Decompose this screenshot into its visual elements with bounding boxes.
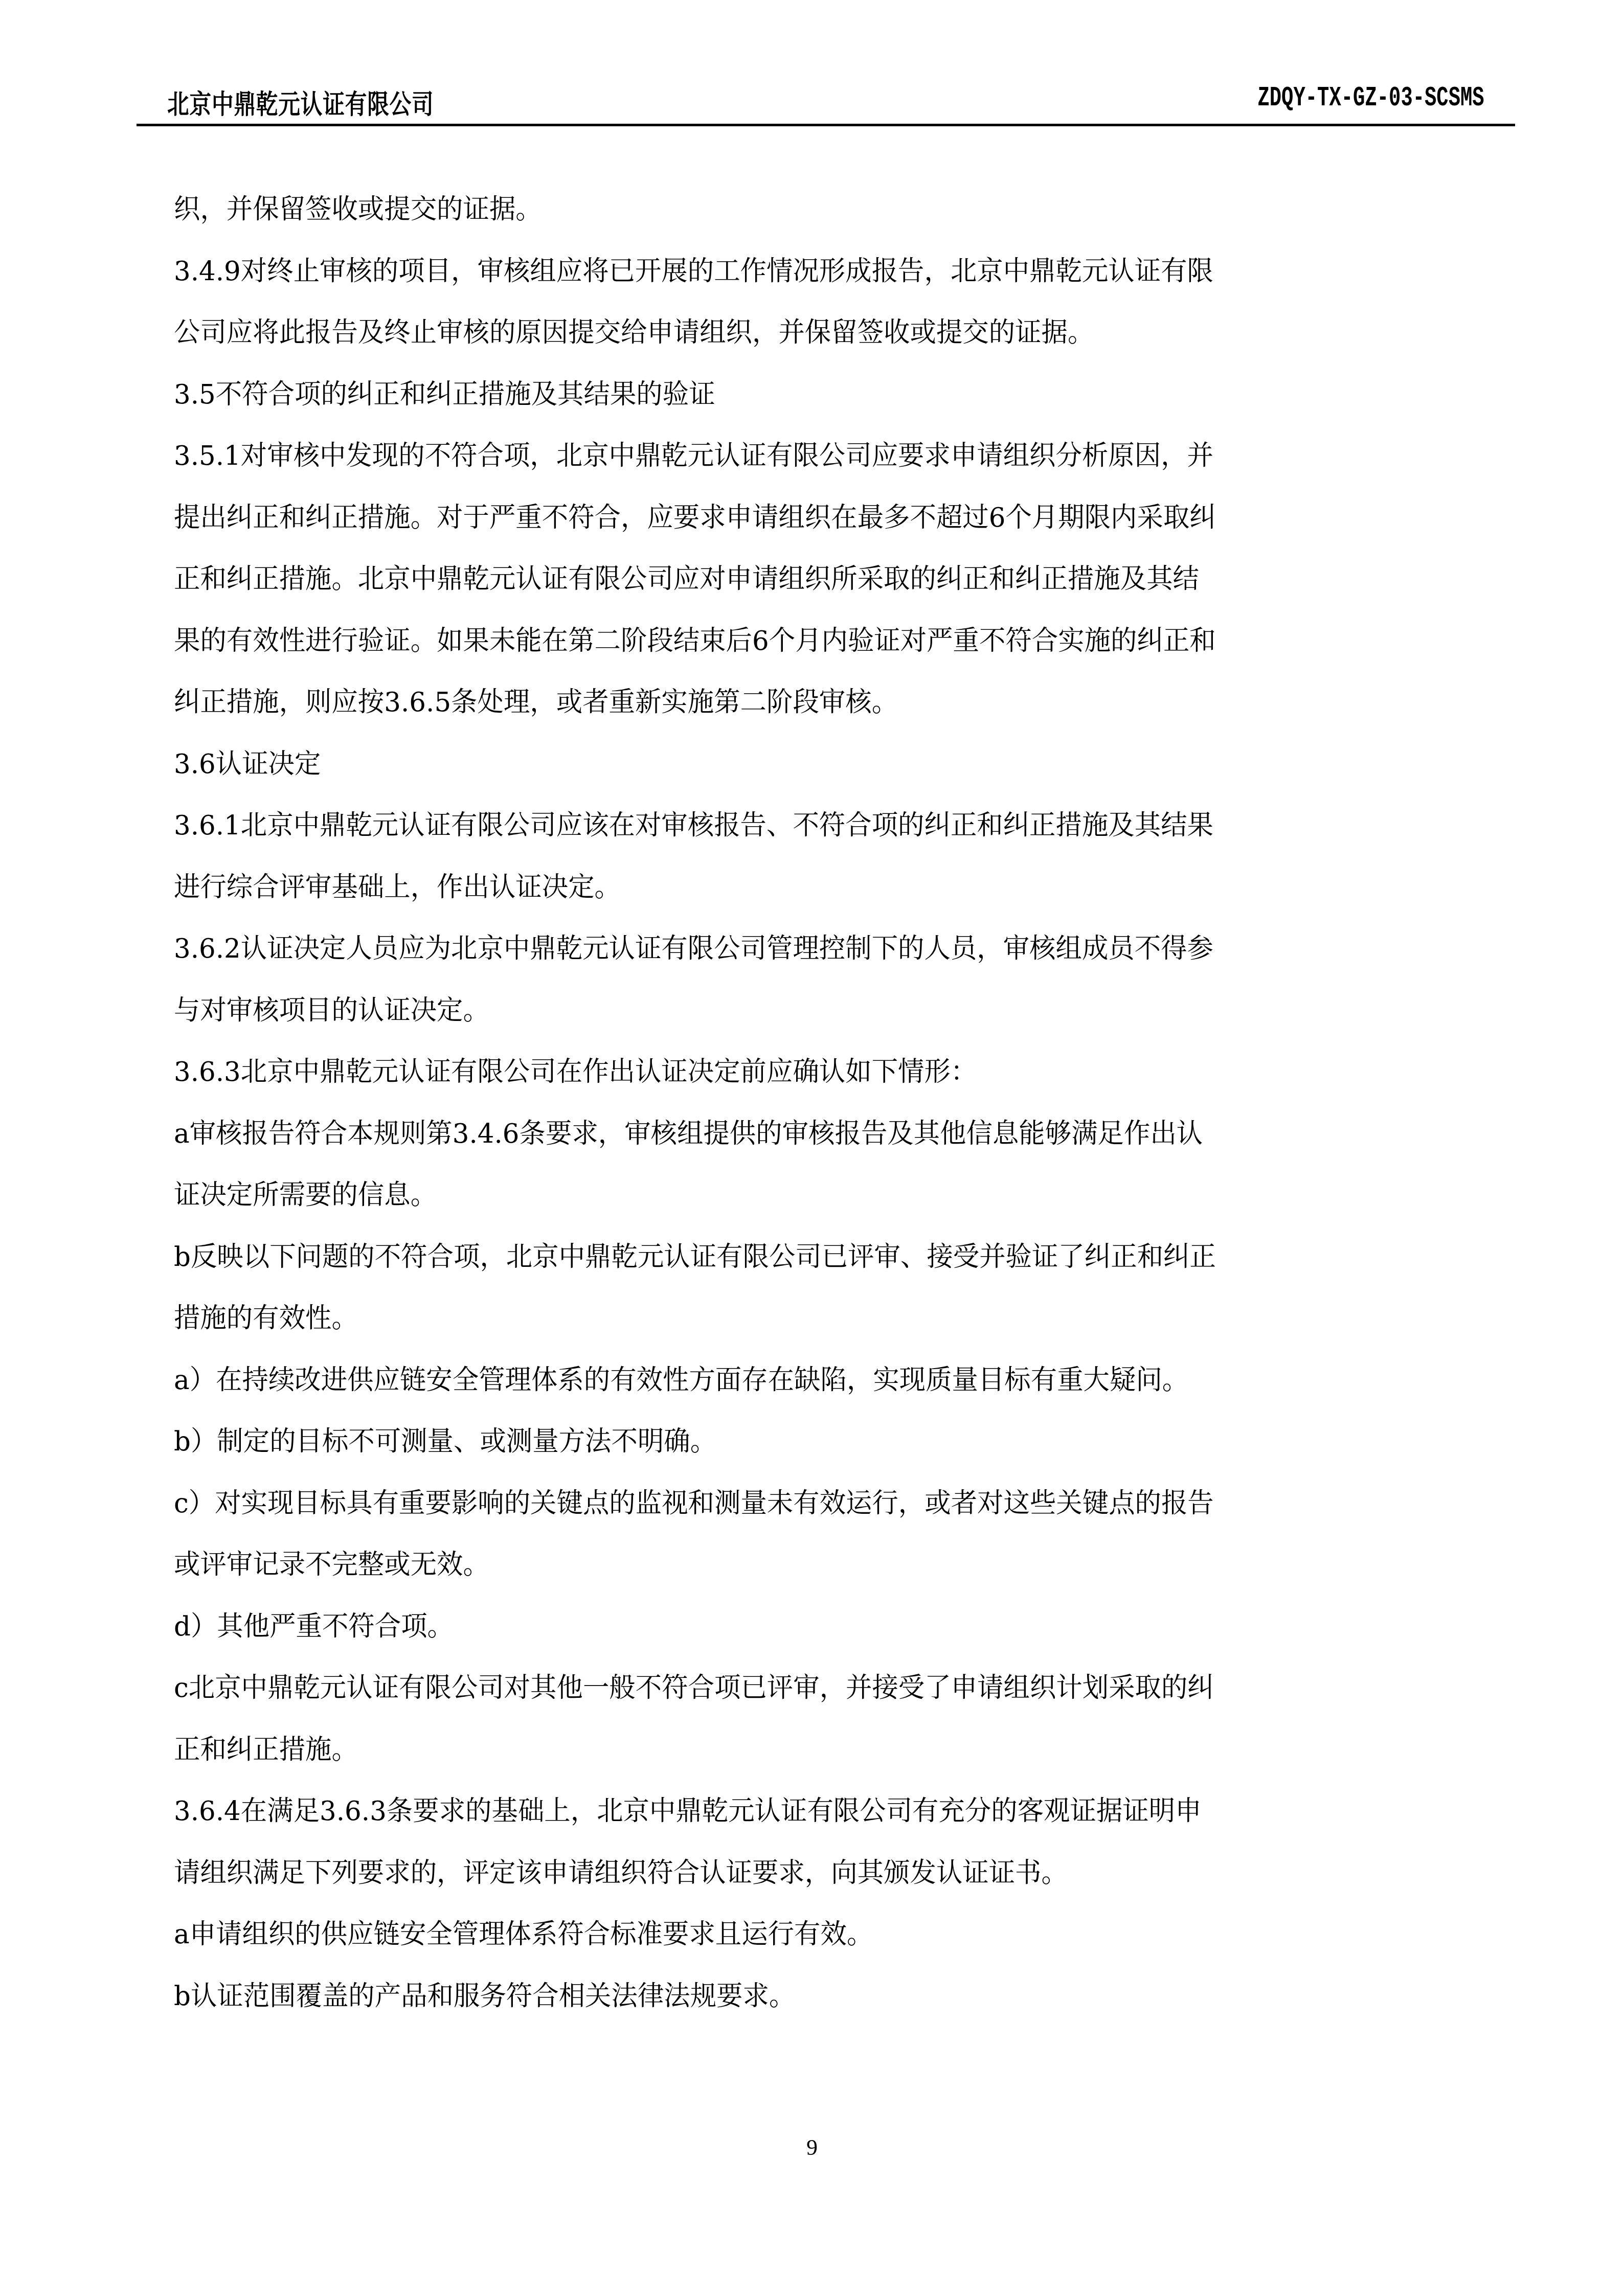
header-document-code: ZDQY-TX-GZ-03-SCSMS: [1258, 83, 1484, 114]
sub-item-b: b）制定的目标不可测量、或测量方法不明确。: [174, 1422, 1434, 1484]
text-line: 措施的有效性。: [174, 1299, 1434, 1361]
list-item-a: a申请组织的供应链安全管理体系符合标准要求且运行有效。: [174, 1915, 1434, 1977]
clause-3-4-9: 3.4.9对终止审核的项目，审核组应将已开展的工作情况形成报告，北京中鼎乾元认证…: [174, 252, 1434, 314]
clause-3-6-4: 3.6.4在满足3.6.3条要求的基础上，北京中鼎乾元认证有限公司有充分的客观证…: [174, 1792, 1434, 1854]
page-number: 9: [0, 2134, 1624, 2161]
text-line: 果的有效性进行验证。如果未能在第二阶段结束后6个月内验证对严重不符合实施的纠正和: [174, 622, 1434, 684]
list-item-c: c北京中鼎乾元认证有限公司对其他一般不符合项已评审，并接受了申请组织计划采取的纠: [174, 1669, 1434, 1731]
list-item-a: a审核报告符合本规则第3.4.6条要求，审核组提供的审核报告及其他信息能够满足作…: [174, 1115, 1434, 1176]
text-line: 织，并保留签收或提交的证据。: [174, 190, 1434, 252]
section-heading-3-5: 3.5不符合项的纠正和纠正措施及其结果的验证: [174, 375, 1434, 437]
clause-3-6-2: 3.6.2认证决定人员应为北京中鼎乾元认证有限公司管理控制下的人员，审核组成员不…: [174, 929, 1434, 991]
text-line: 纠正措施，则应按3.6.5条处理，或者重新实施第二阶段审核。: [174, 683, 1434, 745]
sub-item-c: c）对实现目标具有重要影响的关键点的监视和测量未有效运行，或者对这些关键点的报告: [174, 1484, 1434, 1546]
text-line: 证决定所需要的信息。: [174, 1176, 1434, 1238]
clause-3-6-3: 3.6.3北京中鼎乾元认证有限公司在作出认证决定前应确认如下情形：: [174, 1053, 1434, 1115]
text-line: 请组织满足下列要求的，评定该申请组织符合认证要求，向其颁发认证证书。: [174, 1854, 1434, 1916]
text-line: 与对审核项目的认证决定。: [174, 991, 1434, 1053]
text-line: 或评审记录不完整或无效。: [174, 1545, 1434, 1607]
text-line: 公司应将此报告及终止审核的原因提交给申请组织，并保留签收或提交的证据。: [174, 313, 1434, 375]
clause-3-6-1: 3.6.1北京中鼎乾元认证有限公司应该在对审核报告、不符合项的纠正和纠正措施及其…: [174, 806, 1434, 868]
text-line: 正和纠正措施。: [174, 1731, 1434, 1792]
list-item-b: b认证范围覆盖的产品和服务符合相关法律法规要求。: [174, 1977, 1434, 2039]
list-item-b: b反映以下问题的不符合项，北京中鼎乾元认证有限公司已评审、接受并验证了纠正和纠正: [174, 1238, 1434, 1300]
text-line: 提出纠正和纠正措施。对于严重不符合，应要求申请组织在最多不超过6个月期限内采取纠: [174, 498, 1434, 560]
sub-item-d: d）其他严重不符合项。: [174, 1607, 1434, 1669]
clause-3-5-1: 3.5.1对审核中发现的不符合项，北京中鼎乾元认证有限公司应要求申请组织分析原因…: [174, 437, 1434, 498]
section-heading-3-6: 3.6认证决定: [174, 745, 1434, 807]
document-body: 织，并保留签收或提交的证据。 3.4.9对终止审核的项目，审核组应将已开展的工作…: [174, 190, 1473, 2038]
header-company-name: 北京中鼎乾元认证有限公司: [167, 83, 434, 121]
text-line: 进行综合评审基础上，作出认证决定。: [174, 868, 1434, 930]
page-header: 北京中鼎乾元认证有限公司 ZDQY-TX-GZ-03-SCSMS: [137, 77, 1515, 126]
sub-item-a: a）在持续改进供应链安全管理体系的有效性方面存在缺陷，实现质量目标有重大疑问。: [174, 1361, 1434, 1423]
text-line: 正和纠正措施。北京中鼎乾元认证有限公司应对申请组织所采取的纠正和纠正措施及其结: [174, 560, 1434, 622]
